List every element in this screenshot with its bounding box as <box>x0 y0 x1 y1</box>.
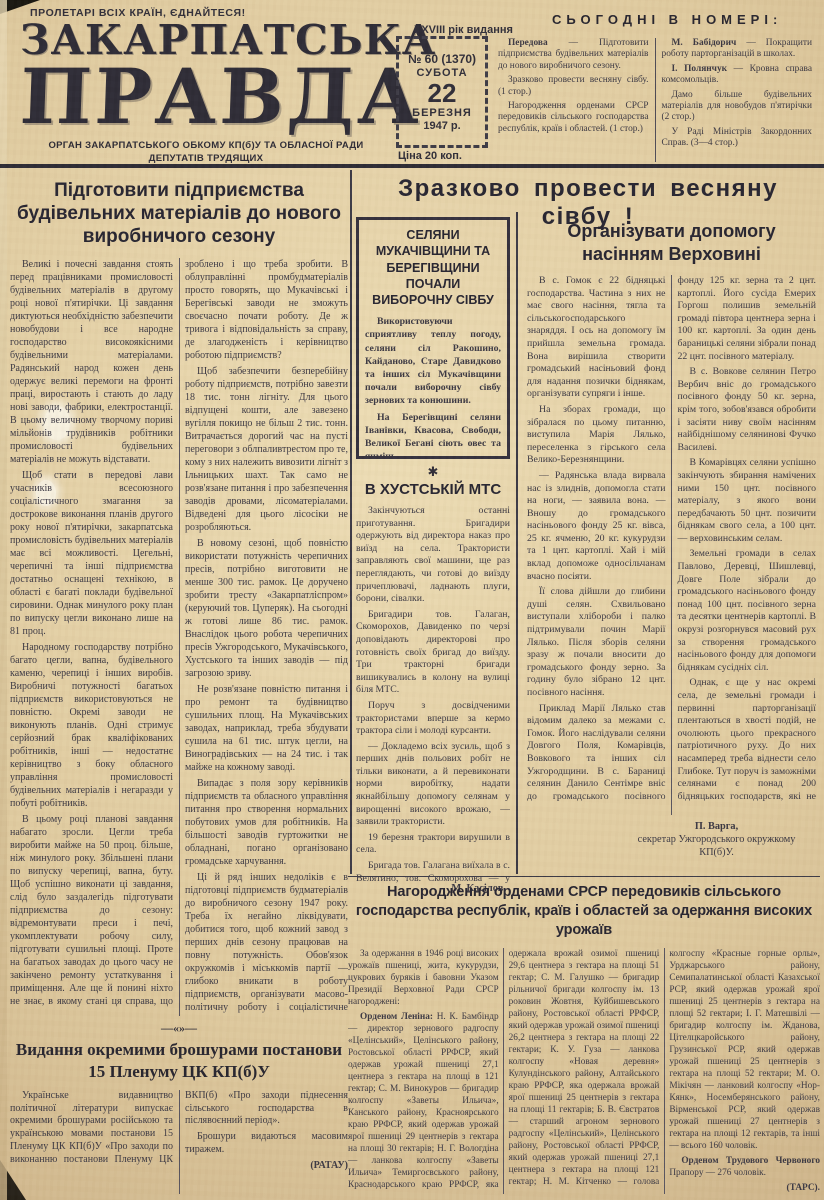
paragraph: В с. Гомок є 22 бідняцькі господарства. … <box>527 275 666 401</box>
brochures-body: Українське видавництво політичної літера… <box>10 1090 348 1194</box>
editorial-headline: Підготовити підприємства будівельних мат… <box>14 180 344 248</box>
today-column-2: М. Бабідорич — Покращити роботу парторга… <box>655 38 819 162</box>
column-divider <box>350 170 352 874</box>
sowing-section: СЕЛЯНИ МУКАЧІВЩИНИ ТА БЕРЕГІВЩИНИ ПОЧАЛИ… <box>356 212 818 874</box>
awards-body: За одержання в 1946 році високих урожаїв… <box>348 948 820 1194</box>
paragraph: Її слова дійшли до глибини душі селян. С… <box>527 586 666 699</box>
paragraph: (РАТАУ) <box>185 1160 348 1173</box>
paragraph: І. Полянчук — Кровна справа комсомольців… <box>662 64 813 87</box>
paper-edge <box>0 0 7 1200</box>
peasants-box-title: СЕЛЯНИ МУКАЧІВЩИНИ ТА БЕРЕГІВЩИНИ ПОЧАЛИ… <box>365 227 501 308</box>
newspaper-page: ПРОЛЕТАРІ ВСІХ КРАЇН, ЄДНАЙТЕСЯ! XXVIII … <box>0 0 824 1200</box>
awards-article: Нагородження орденами СРСР передовиків с… <box>348 876 820 1194</box>
verkhovyna-headline: Організувати допомогу насінням Верховині <box>531 220 812 265</box>
sowing-column-left: СЕЛЯНИ МУКАЧІВЩИНИ ТА БЕРЕГІВЩИНИ ПОЧАЛИ… <box>356 212 516 874</box>
issue-number: № 60 (1370) <box>408 52 476 66</box>
paragraph: Зразково провести весняну сівбу. (1 стор… <box>498 75 649 98</box>
paragraph: Використовуючи сприятливу теплу погоду, … <box>365 315 501 407</box>
paragraph: Щоб стати в передові лави учасників всес… <box>10 469 173 638</box>
issue-year: 1947 р. <box>423 120 460 132</box>
paragraph: У Раді Міністрів Закордонних Справ. (3—4… <box>662 127 813 150</box>
paragraph: В новому сезоні, щоб повністю використат… <box>185 537 348 680</box>
paragraph: В Комарівцях селяни успішно закінчують з… <box>678 457 817 545</box>
paragraph: Дамо більше будівельних матеріалів для н… <box>662 90 813 124</box>
paragraph: В с. Вовкове селянин Петро Вербич вніс д… <box>678 366 817 454</box>
paragraph: Передова — Підготовити підприємства буді… <box>498 38 649 72</box>
issue-month: БЕРЕЗНЯ <box>412 107 472 119</box>
paragraph: На Берегівщині селяни Іванівки, Квасова,… <box>365 411 501 459</box>
issue-date: 22 <box>428 80 457 106</box>
author-name: П. Варга, <box>629 821 804 834</box>
brochures-article: Видання окремими брошурами постанови 15 … <box>10 1039 348 1194</box>
paragraph: Поруч з досвідченими трактористами вперш… <box>356 700 510 738</box>
paragraph: Випадає з поля зору керівників підприємс… <box>185 777 348 868</box>
verkhovyna-article: Організувати допомогу насінням Верховині… <box>516 212 818 874</box>
price-label: Ціна 20 коп. <box>398 150 462 162</box>
paragraph: Земельні громади в селах Павлово, Деревц… <box>678 548 817 674</box>
issue-info-box: № 60 (1370) СУБОТА 22 БЕРЕЗНЯ 1947 р. <box>396 36 488 148</box>
paragraph: За одержання в 1946 році високих урожаїв… <box>348 948 499 1008</box>
mts-headline: В ХУСТСЬКІЙ МТС <box>356 481 510 498</box>
paragraph: Щоб забезпечити безперебійну роботу підп… <box>185 365 348 534</box>
paragraph: Не розв'язане повністю питання і про рем… <box>185 683 348 774</box>
brochures-headline: Видання окремими брошурами постанови 15 … <box>10 1039 348 1082</box>
awards-headline: Нагородження орденами СРСР передовиків с… <box>350 883 818 940</box>
paragraph: — Докладемо всіх зусиль, щоб з перших дн… <box>356 741 510 829</box>
verkhovyna-author-signature: П. Варга, секретар Ужгородського окружко… <box>629 821 804 860</box>
today-in-issue: Передова — Підготовити підприємства буді… <box>492 38 818 162</box>
peasants-sowing-box: СЕЛЯНИ МУКАЧІВЩИНИ ТА БЕРЕГІВЩИНИ ПОЧАЛИ… <box>356 217 510 459</box>
author-role: секретар Ужгородського окружкому КП(б)У. <box>638 834 796 858</box>
header-rule <box>0 164 824 168</box>
today-column-1: Передова — Підготовити підприємства буді… <box>492 38 655 162</box>
star-separator: ✱ <box>356 464 510 480</box>
paragraph: — Радянська влада вирвала нас із злиднів… <box>527 470 666 583</box>
editorial-section: Підготовити підприємства будівельних мат… <box>10 176 348 1194</box>
masthead-subtitle: ОРГАН ЗАКАРПАТСЬКОГО ОБКОМУ КП(б)У ТА ОБ… <box>20 140 392 166</box>
paragraph: 19 березня трактори вирушили в села. <box>356 832 510 857</box>
paragraph: На зборах громади, що зібралася по цьому… <box>527 404 666 467</box>
peasants-box-body: Використовуючи сприятливу теплу погоду, … <box>365 315 501 459</box>
paragraph: Народному господарству потрібно багато ц… <box>10 641 173 810</box>
paragraph: Нагородження орденами СРСР передовиків с… <box>498 101 649 135</box>
paragraph: Брошури видаються масовим тиражем. <box>185 1131 348 1157</box>
today-in-issue-header: СЬОГОДНІ В НОМЕРІ: <box>552 12 782 27</box>
paragraph: Закінчуються останні приготування. Брига… <box>356 505 510 606</box>
paragraph: Орденом Трудового Червоного Прапору — 27… <box>669 1155 820 1179</box>
paragraph: Бригадири тов. Галаган, Скоморохов, Дави… <box>356 609 510 697</box>
newspaper-title-line2: ПРАВДА <box>19 63 393 131</box>
section-decoration: —«»— <box>10 1021 348 1036</box>
editorial-body: Великі і почесні завдання стоять перед п… <box>10 258 348 1016</box>
mts-body: Закінчуються останні приготування. Брига… <box>356 505 510 883</box>
paragraph: Великі і почесні завдання стоять перед п… <box>10 258 173 466</box>
verkhovyna-body: В с. Гомок є 22 бідняцькі господарства. … <box>525 275 818 815</box>
paragraph: М. Бабідорич — Покращити роботу парторга… <box>662 38 813 61</box>
paragraph: (ТАРС). <box>669 1182 820 1194</box>
masthead: ЗАКАРПАТСЬКА ПРАВДА ОРГАН ЗАКАРПАТСЬКОГО… <box>20 20 392 166</box>
